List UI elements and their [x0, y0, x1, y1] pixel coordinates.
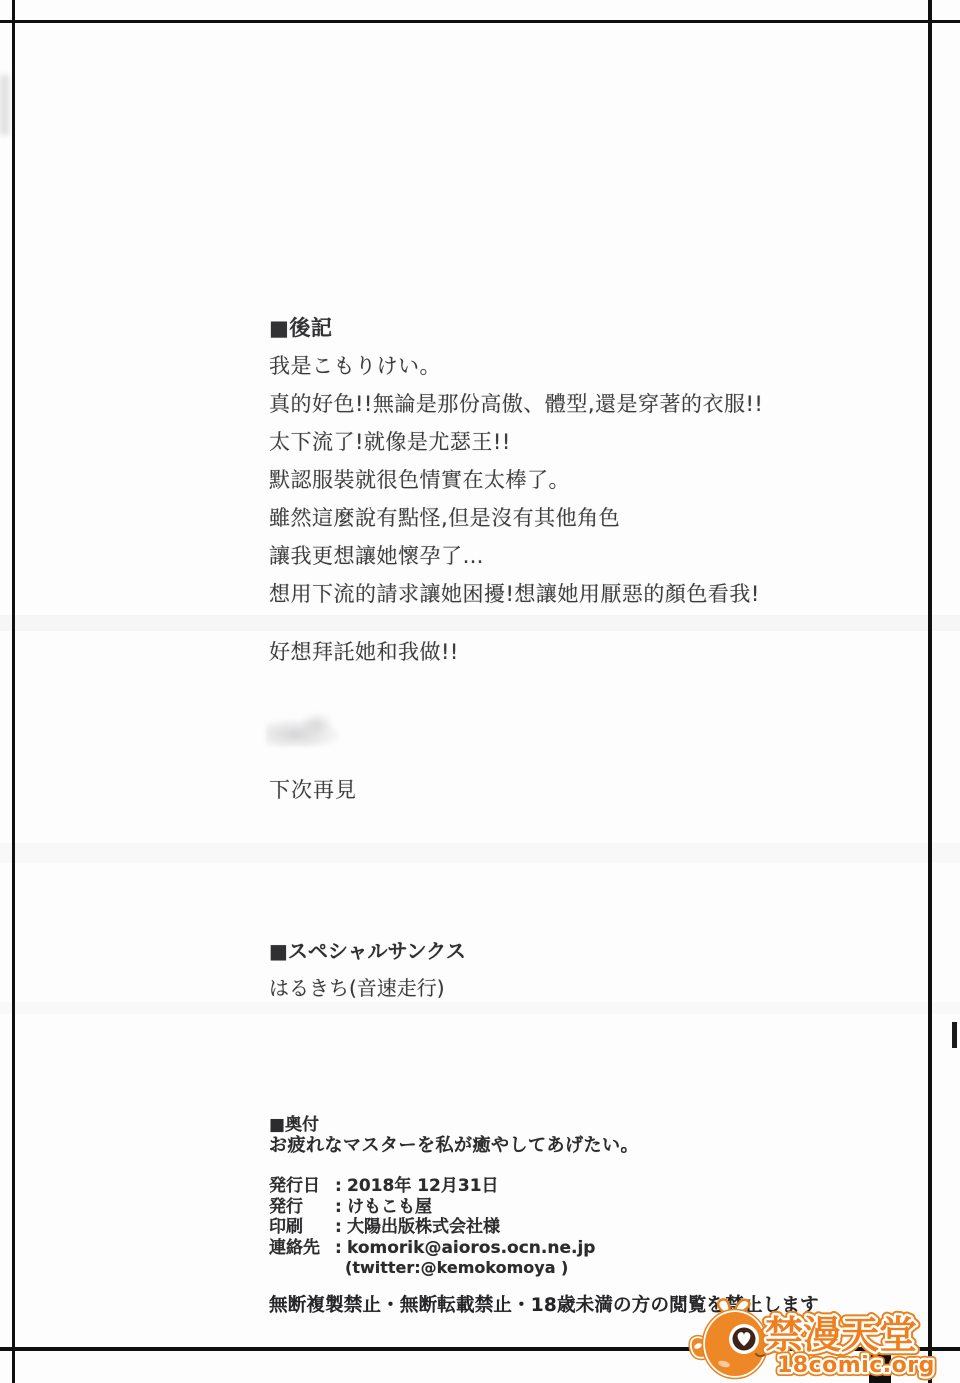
special-thanks-name: はるきち(音速走行) [269, 978, 466, 998]
watermark-logo: 禁漫天堂 禁漫天堂 18comic.org 18comic.org [688, 1296, 960, 1383]
whale-mascot-icon [692, 1299, 765, 1376]
colophon-label: 連絡先 [269, 1238, 335, 1259]
watermark-site-name: 禁漫天堂 [765, 1313, 917, 1357]
scan-edge-mark [952, 1022, 957, 1048]
book-title: お疲れなマスターを私が癒やしてあげたい。 [269, 1137, 819, 1155]
colophon-row-publisher: 発行 : けもこも屋 [269, 1197, 819, 1218]
scan-streak [0, 843, 960, 863]
colophon-value: 大陽出版株式会社様 [347, 1217, 500, 1238]
colophon-separator: : [335, 1217, 347, 1238]
page-border-right [928, 0, 932, 1383]
page-border-top [0, 20, 960, 23]
colophon-row-publish-date: 発行日 : 2018年 12月31日 [269, 1176, 819, 1197]
special-thanks-heading: ■スペシャルサンクス [269, 941, 466, 961]
afterword-line: 我是こもりけい。 [269, 356, 763, 377]
colophon-value: けもこも屋 [347, 1197, 432, 1218]
scan-streak [0, 1002, 960, 1014]
afterword-line: 讓我更想讓她懷孕了… [269, 546, 763, 567]
scan-edge-shade [0, 75, 9, 135]
watermark-site-url: 18comic.org [777, 1353, 935, 1378]
afterword-line: 雖然這麼說有點怪,但是沒有其他角色 [269, 508, 763, 529]
colophon-separator: : [335, 1197, 347, 1218]
contact-email: komorik@aioros.ocn.ne.jp [347, 1238, 595, 1259]
special-thanks-section: ■スペシャルサンクス はるきち(音速走行) [269, 941, 466, 1015]
colophon-row-printer: 印刷 : 大陽出版株式会社様 [269, 1217, 819, 1238]
afterword-closing: 下次再見 [269, 774, 357, 804]
afterword-line: 默認服裝就很色情實在太棒了。 [269, 470, 763, 491]
colophon-label: 発行 [269, 1197, 335, 1218]
colophon-row-contact: 連絡先 : komorik@aioros.ocn.ne.jp [269, 1238, 819, 1259]
page-border-left [12, 0, 15, 1383]
afterword-line: 想用下流的請求讓她困擾!想讓她用厭惡的顏色看我! [269, 584, 763, 605]
scanned-afterword-page: ■後記 我是こもりけい。 真的好色!!無論是那份高傲、體型,還是穿著的衣服!! … [0, 0, 960, 1383]
afterword-heading: ■後記 [269, 318, 763, 339]
colophon-label: 発行日 [269, 1176, 335, 1197]
colophon-value: 2018年 12月31日 [347, 1176, 499, 1197]
colophon-separator: : [335, 1238, 347, 1259]
afterword-line: 好想拜託她和我做!! [269, 642, 763, 663]
afterword-line: 真的好色!!無論是那份高傲、體型,還是穿著的衣服!! [269, 394, 763, 415]
faded-text-smudge [300, 712, 334, 734]
colophon-heading: ■奥付 [269, 1117, 819, 1134]
afterword-section: ■後記 我是こもりけい。 真的好色!!無論是那份高傲、體型,還是穿著的衣服!! … [269, 318, 763, 680]
colophon-section: ■奥付 お疲れなマスターを私が癒やしてあげたい。 発行日 : 2018年 12月… [269, 1117, 819, 1317]
colophon-label: 印刷 [269, 1217, 335, 1238]
afterword-line: 太下流了!就像是尤瑟王!! [269, 432, 763, 453]
twitter-handle: (twitter:@kemokomoya ) [345, 1258, 819, 1279]
colophon-separator: : [335, 1176, 347, 1197]
